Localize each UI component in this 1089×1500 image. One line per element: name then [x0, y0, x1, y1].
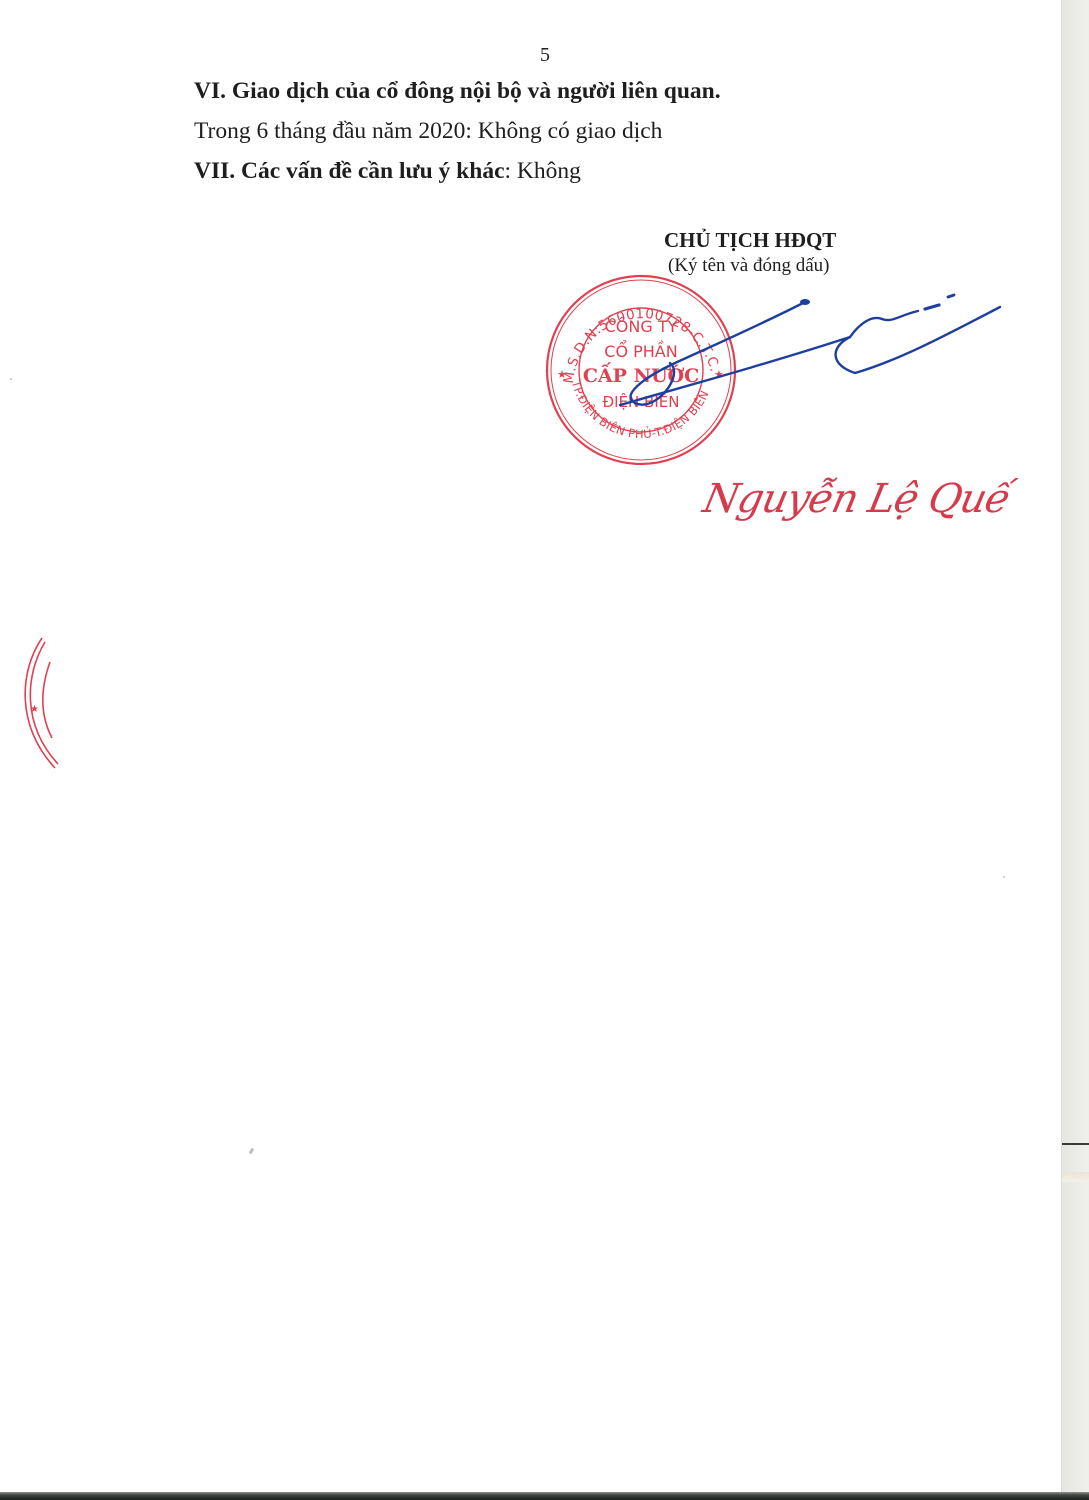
partial-seal-icon: ★ [0, 630, 70, 770]
scan-speck [10, 378, 12, 380]
svg-text:★: ★ [30, 704, 39, 715]
scan-speck [249, 1148, 255, 1155]
handwritten-signature-icon [600, 285, 1010, 415]
signature-title: CHỦ TỊCH HĐQT [664, 228, 836, 253]
section-vi-title: VI. Giao dịch của cổ đông nội bộ và ngườ… [194, 78, 721, 104]
scanner-edge-mark [1062, 1143, 1089, 1145]
section-vii: VII. Các vấn đề cần lưu ý khác: Không [194, 158, 581, 185]
scan-speck [1003, 876, 1005, 878]
document-page: 5 VI. Giao dịch của cổ đông nội bộ và ng… [0, 0, 1061, 1495]
section-vi-body: Trong 6 tháng đầu năm 2020: Không có gia… [194, 118, 662, 145]
section-vii-body: : Không [505, 158, 581, 184]
seal-star-left-icon: ★ [557, 368, 567, 381]
section-vii-title: VII. Các vấn đề cần lưu ý khác [194, 158, 505, 184]
page-number: 5 [540, 44, 550, 67]
scanner-edge [1061, 0, 1089, 1495]
signer-name: Nguyễn Lệ Quế [699, 476, 1014, 522]
scanner-bottom-edge [0, 1492, 1089, 1500]
section-vi-heading: VI. Giao dịch của cổ đông nội bộ và ngườ… [194, 78, 721, 105]
scanner-edge-smudge [1062, 1172, 1089, 1182]
